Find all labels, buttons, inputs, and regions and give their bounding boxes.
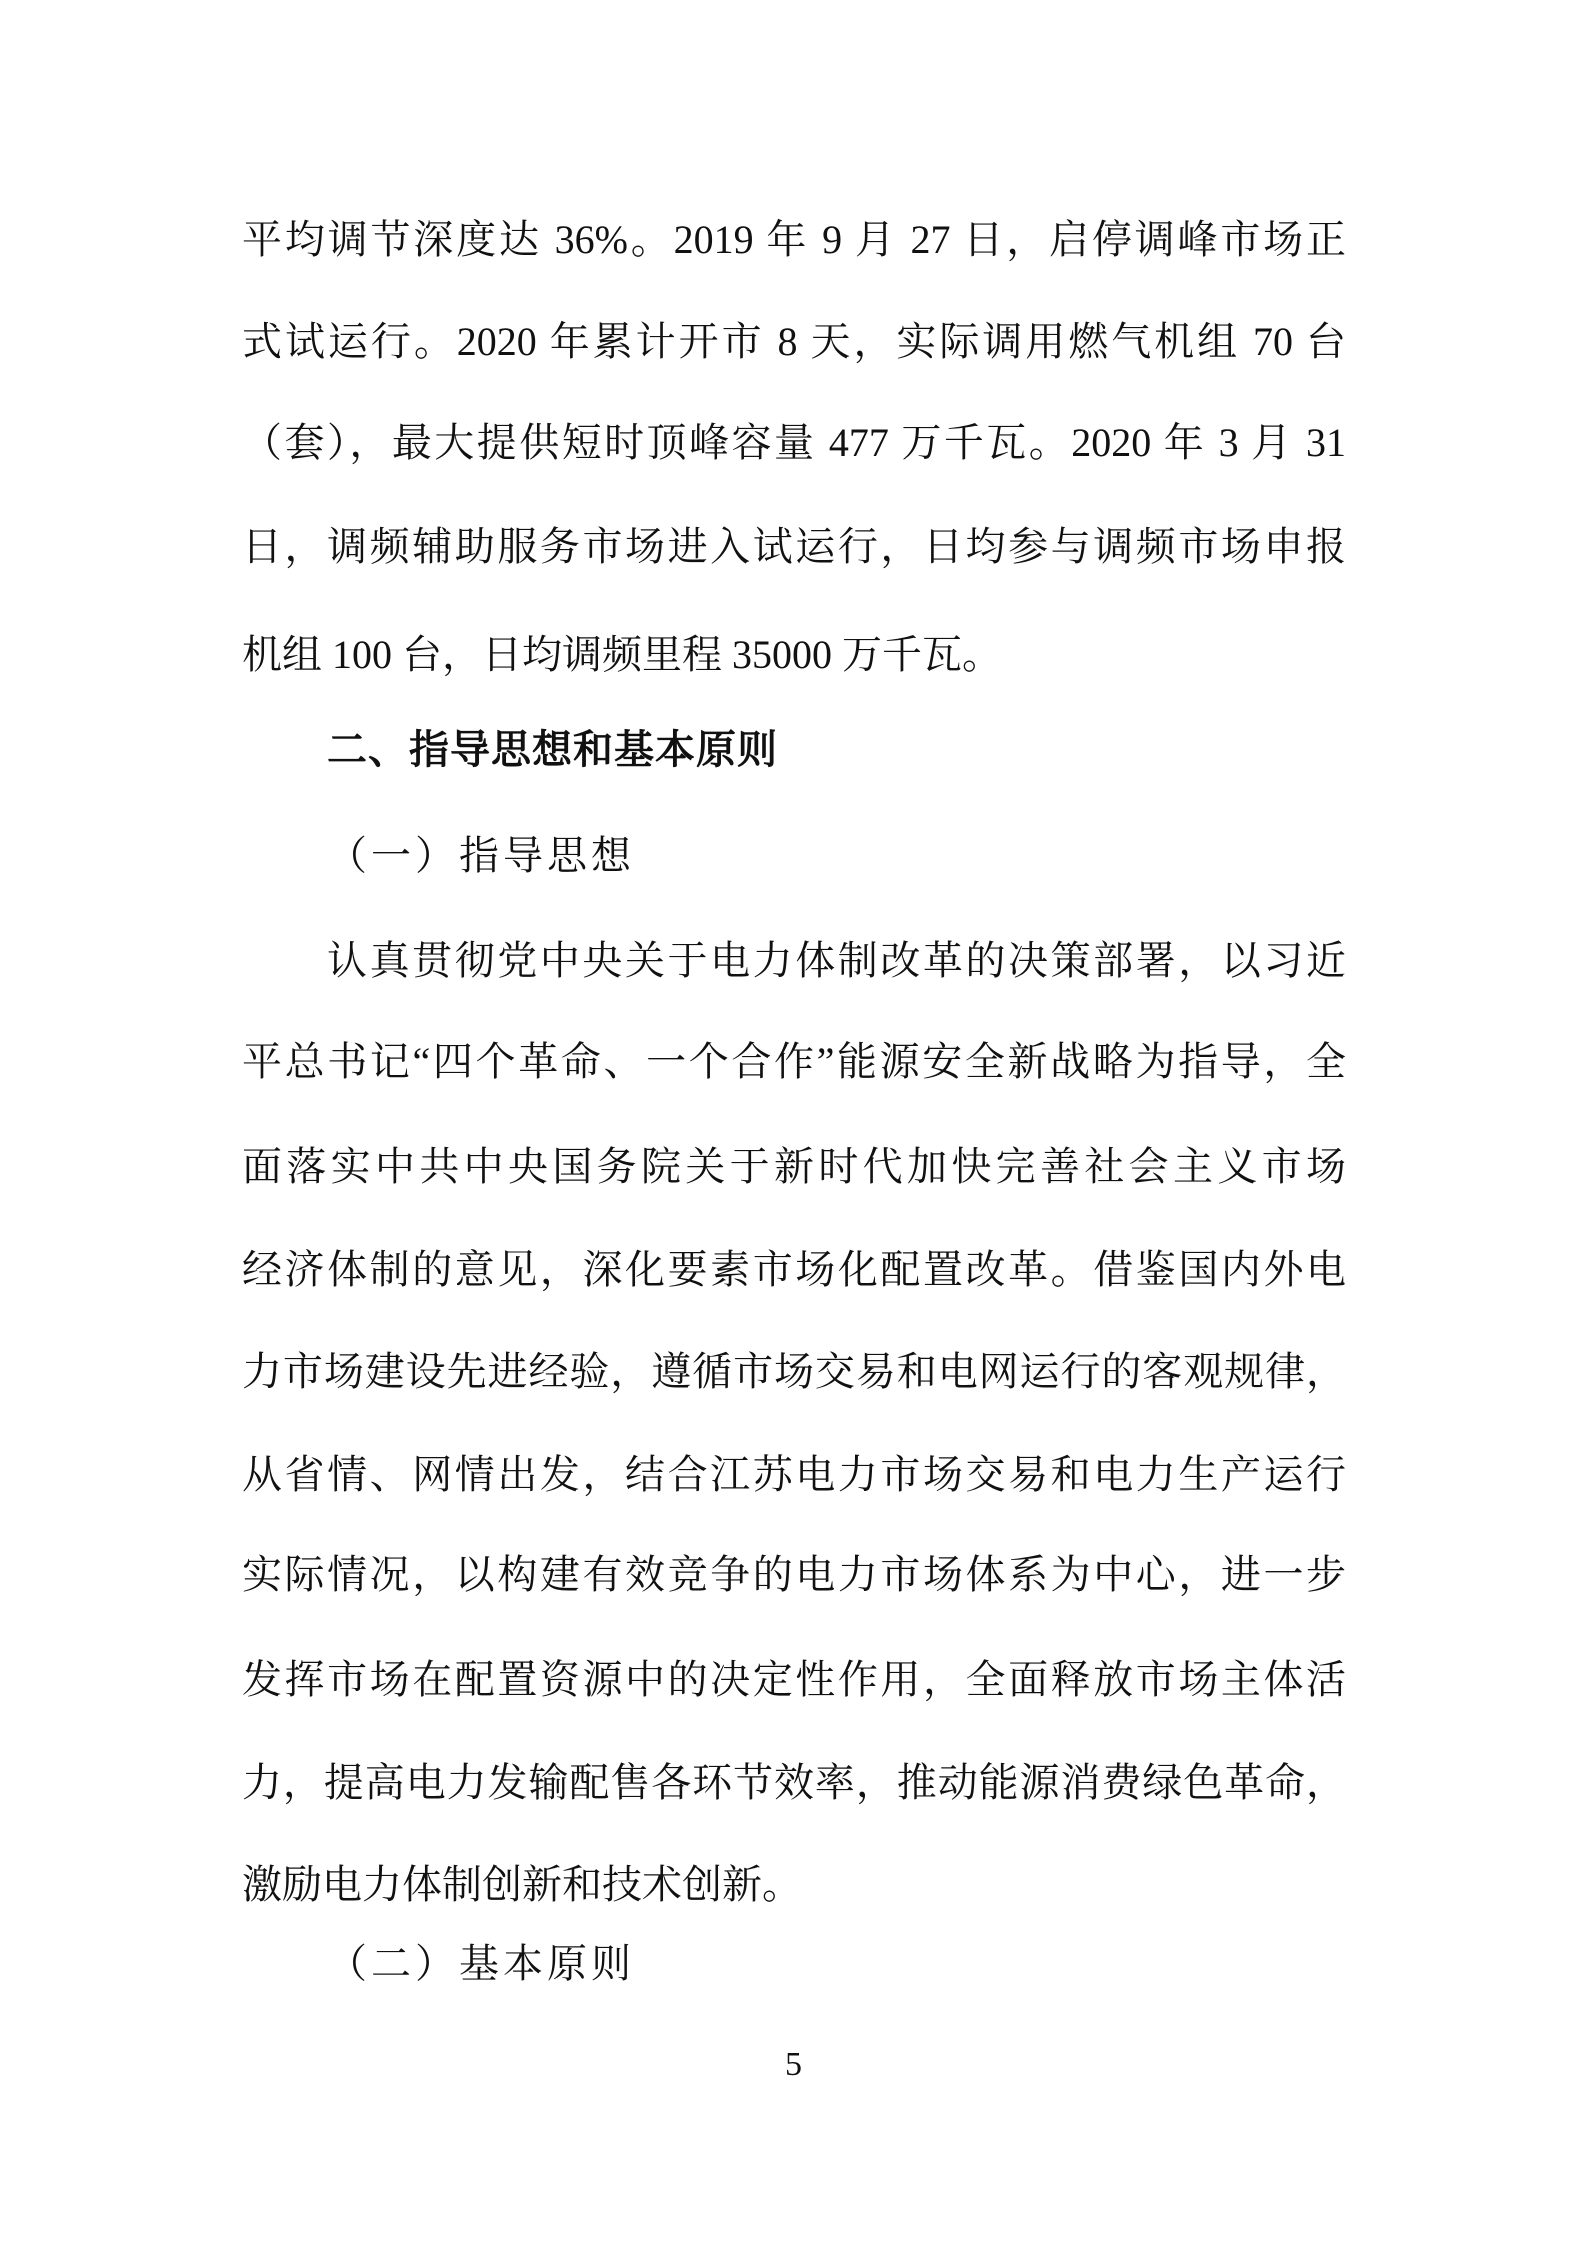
text-line: 认真贯彻党中央关于电力体制改革的决策部署，以习近 [327,931,1346,991]
text-line: 实际情况，以构建有效竞争的电力市场体系为中心，进一步 [242,1545,1346,1605]
text-line: 平均调节深度达 36%。2019 年 9 月 27 日，启停调峰市场正 [242,210,1346,270]
subsection-heading-basic-principles: （二）基本原则 [327,1934,635,1994]
text-line: 发挥市场在配置资源中的决定性作用，全面释放市场主体活 [242,1650,1346,1710]
text-line: 激励电力体制创新和技术创新。 [242,1855,802,1915]
text-line: 经济体制的意见，深化要素市场化配置改革。借鉴国内外电 [242,1240,1346,1300]
section-heading: 二、指导思想和基本原则 [327,720,778,780]
text-line: 面落实中共中央国务院关于新时代加快完善社会主义市场 [242,1137,1346,1197]
text-line: 机组 100 台，日均调频里程 35000 万千瓦。 [242,625,1002,685]
text-line: （套），最大提供短时顶峰容量 477 万千瓦。2020 年 3 月 31 [242,413,1346,473]
text-line: 日，调频辅助服务市场进入试运行，日均参与调频市场申报 [242,517,1346,577]
subsection-heading-guiding-ideology: （一）指导思想 [327,826,635,886]
text-line: 式试运行。2020 年累计开市 8 天，实际调用燃气机组 70 台 [242,312,1346,372]
text-line: 力，提高电力发输配售各环节效率，推动能源消费绿色革命， [242,1753,1346,1813]
page-number: 5 [0,2040,1587,2090]
text-line: 力市场建设先进经验，遵循市场交易和电网运行的客观规律， [242,1342,1346,1402]
document-page: 平均调节深度达 36%。2019 年 9 月 27 日，启停调峰市场正 式试运行… [0,0,1587,2245]
text-line: 平总书记“四个革命、一个合作”能源安全新战略为指导，全 [242,1032,1346,1092]
text-line: 从省情、网情出发，结合江苏电力市场交易和电力生产运行 [242,1445,1346,1505]
